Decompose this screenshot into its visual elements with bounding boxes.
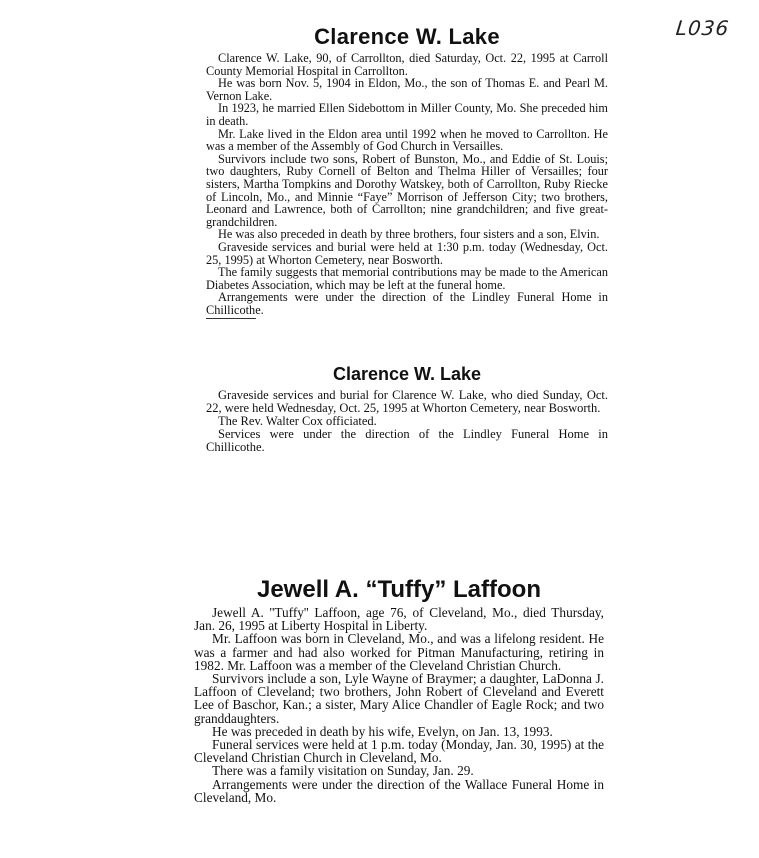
obituary-paragraph: Survivors include a son, Lyle Wayne of B…: [194, 672, 604, 725]
obituary-clipping-clarence-lake-followup: Clarence W. Lake Graveside services and …: [206, 364, 608, 454]
obituary-paragraph: There was a family visitation on Sunday,…: [194, 764, 604, 777]
obituary-clipping-clarence-lake: Clarence W. Lake Clarence W. Lake, 90, o…: [206, 24, 608, 319]
obituary-paragraph: In 1923, he married Ellen Sidebottom in …: [206, 102, 608, 127]
obituary-paragraph: Mr. Lake lived in the Eldon area until 1…: [206, 128, 608, 153]
obituary-paragraph: Arrangements were under the direction of…: [194, 778, 604, 804]
divider: [206, 318, 256, 319]
obituary-paragraph: Survivors include two sons, Robert of Bu…: [206, 153, 608, 229]
obituary-paragraph: Jewell A. ''Tuffy'' Laffoon, age 76, of …: [194, 606, 604, 632]
obituary-heading: Clarence W. Lake: [206, 24, 608, 50]
obituary-paragraph: Graveside services and burial for Claren…: [206, 389, 608, 415]
obituary-paragraph: Services were under the direction of the…: [206, 428, 608, 454]
obituary-paragraph: Clarence W. Lake, 90, of Carrollton, die…: [206, 52, 608, 77]
obituary-paragraph: Graveside services and burial were held …: [206, 241, 608, 266]
obituary-heading: Jewell A. “Tuffy” Laffoon: [194, 576, 604, 604]
obituary-clipping-jewell-laffoon: Jewell A. “Tuffy” Laffoon Jewell A. ''Tu…: [194, 576, 604, 804]
page-mark-handwritten: L036: [675, 16, 731, 40]
obituary-paragraph: Mr. Laffoon was born in Cleveland, Mo., …: [194, 632, 604, 672]
obituary-heading: Clarence W. Lake: [206, 364, 608, 385]
obituary-paragraph: He was born Nov. 5, 1904 in Eldon, Mo., …: [206, 77, 608, 102]
obituary-paragraph: Arrangements were under the direction of…: [206, 291, 608, 316]
obituary-paragraph: Funeral services were held at 1 p.m. tod…: [194, 738, 604, 764]
obituary-paragraph: The family suggests that memorial contri…: [206, 266, 608, 291]
